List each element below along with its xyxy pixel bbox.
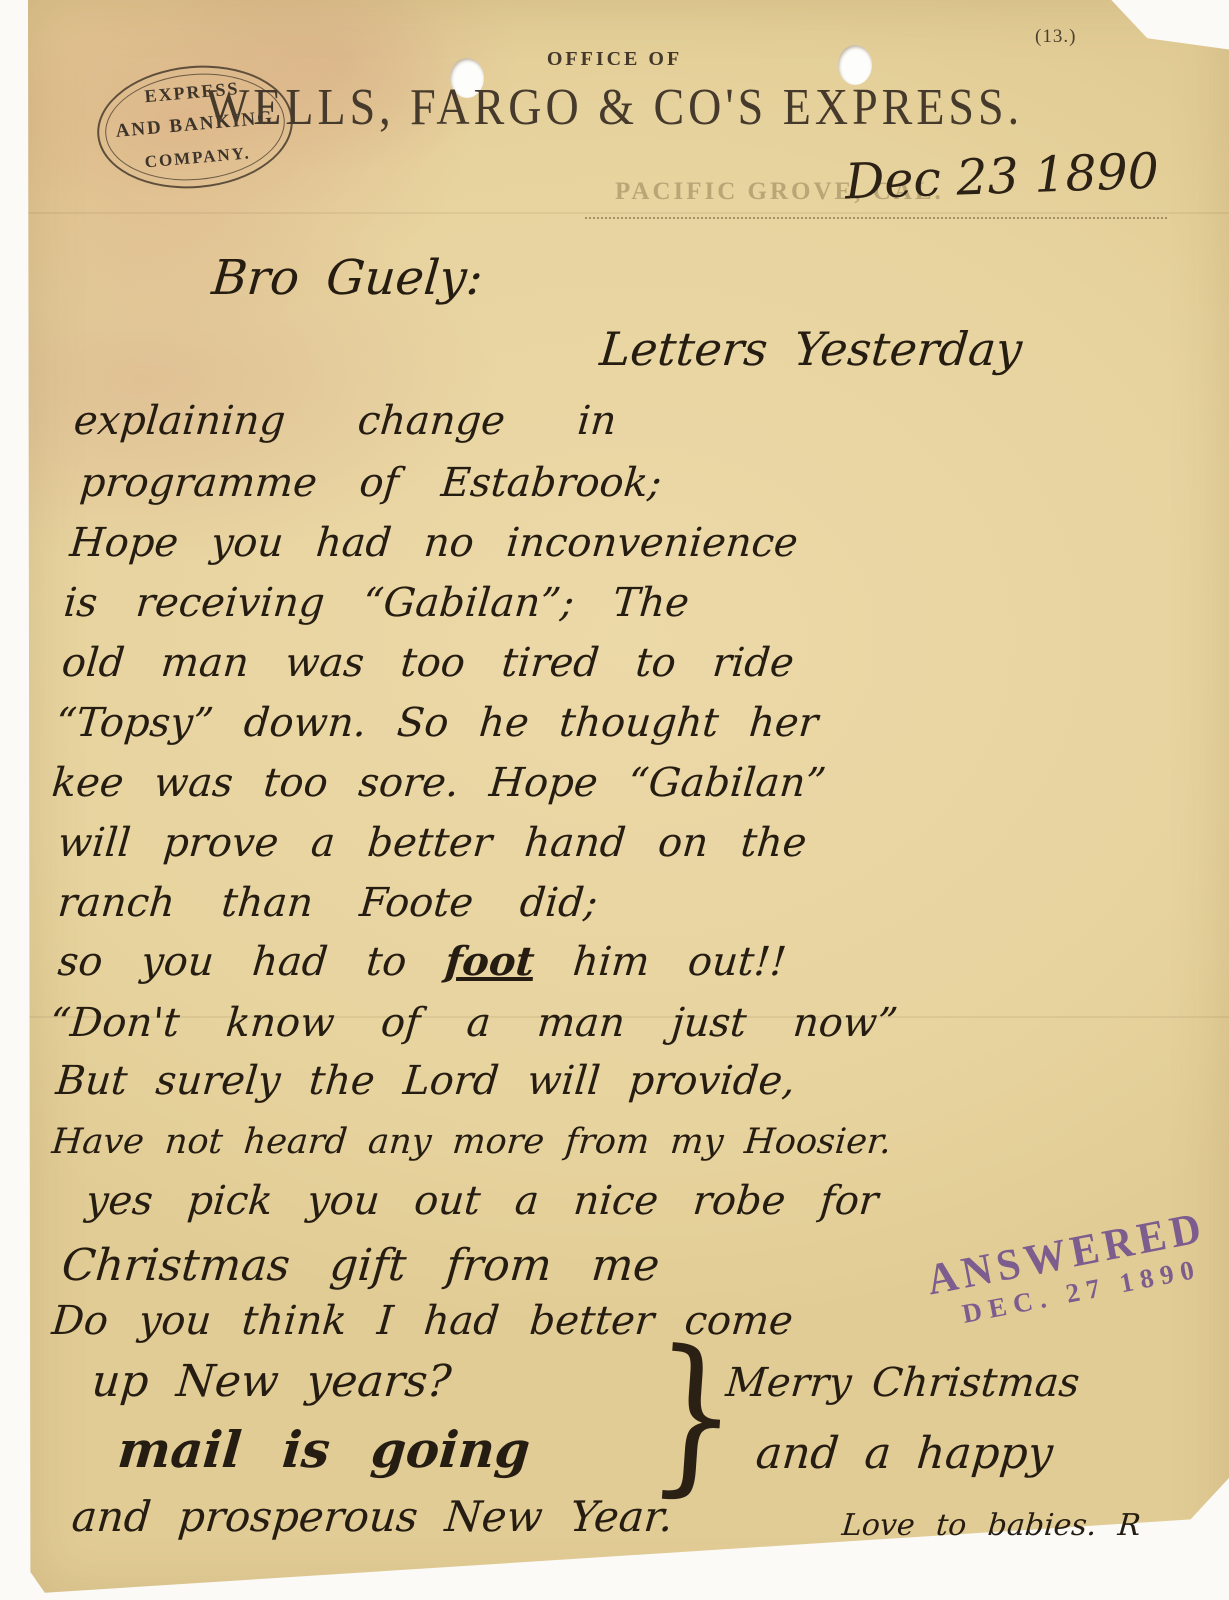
foot-line-pre: so you had to bbox=[56, 939, 447, 985]
handwriting-line: kee was too sore. Hope “Gabilan” bbox=[50, 760, 828, 806]
handwriting-line: is receiving “Gabilan”; The bbox=[62, 580, 691, 626]
handwritten-brace: } bbox=[645, 1327, 743, 1503]
foot-line-post: him out!! bbox=[532, 939, 788, 985]
handwriting-line: Letters Yesterday bbox=[598, 322, 1025, 376]
handwriting-line: “Don't know of a man just now” bbox=[48, 1000, 900, 1046]
signature-line: Love to babies. R bbox=[840, 1508, 1142, 1543]
handwriting-line: will prove a better hand on the bbox=[56, 820, 808, 866]
handwriting-line-foot-pun: so you had to foot him out!! bbox=[56, 938, 788, 985]
page-corner-number: (13.) bbox=[1035, 26, 1076, 48]
handwriting-line: old man was too tired to ride bbox=[60, 640, 796, 686]
handwriting-line: Merry Christmas bbox=[724, 1360, 1081, 1406]
handwriting-line: yes pick you out a nice robe for bbox=[84, 1178, 880, 1224]
scanned-letter-canvas: (13.) EXPRESS AND BANKING COMPANY. OFFIC… bbox=[0, 0, 1229, 1600]
foot-line-underlined-word: foot bbox=[443, 938, 536, 985]
handwriting-line: and prosperous New Year. bbox=[70, 1492, 675, 1541]
dateline-dotted-rule bbox=[585, 216, 1167, 219]
handwriting-line: programme of Estabrook; bbox=[78, 460, 664, 506]
handwriting-line: Hope you had no inconvenience bbox=[68, 520, 800, 566]
handwriting-line: and a happy bbox=[754, 1428, 1055, 1479]
handwriting-line: But surely the Lord will provide, bbox=[54, 1058, 797, 1104]
handwriting-line: mail is going bbox=[115, 1420, 532, 1479]
handwriting-line: explaining change in bbox=[72, 398, 618, 444]
handwriting-line: ranch than Foote did; bbox=[56, 880, 599, 926]
letterhead-office-of: OFFICE OF bbox=[0, 48, 1229, 71]
handwriting-line: Christmas gift from me bbox=[60, 1240, 662, 1291]
handwriting-line: Have not heard any more from my Hoosier. bbox=[50, 1122, 893, 1162]
handwritten-date: Dec 23 1890 bbox=[844, 143, 1160, 211]
paper-crease bbox=[28, 212, 1229, 214]
salutation: Bro Guely: bbox=[210, 250, 486, 306]
handwriting-line: up New years? bbox=[90, 1356, 453, 1407]
handwriting-line: “Topsy” down. So he thought her bbox=[54, 700, 820, 746]
letterhead-company-name: WELLS, FARGO & CO'S EXPRESS. bbox=[0, 77, 1229, 136]
